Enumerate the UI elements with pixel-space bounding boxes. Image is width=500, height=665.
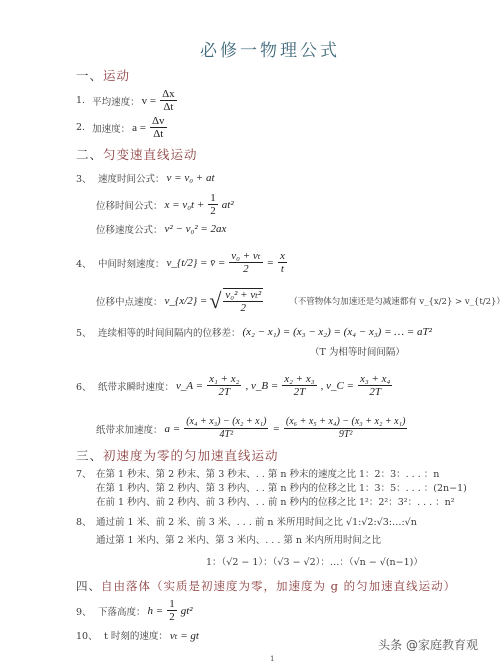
formula-mid-displacement-velocity: 位移中点速度： v_{x/2} = √v₀² + vₜ²2 （不管物体匀加速还是…	[96, 288, 500, 314]
ratios-per-second: 7、在第 1 秒末、第 2 秒末、第 3 秒末、. . 第 n 秒末的速度之比 …	[76, 468, 467, 510]
section-heading-zero-initial-velocity: 三、初速度为零的匀加速直线运动	[76, 446, 279, 464]
ratios-per-meter-result: 1：（√2 − 1）：（√3 − √2）：…：（√n − √(n−1)）	[206, 554, 423, 568]
formula-fall-velocity: 10、t 时刻的速度： vₜ = gt	[76, 628, 199, 642]
formula-average-velocity: 1. 平均速度： v = ΔxΔt	[76, 88, 179, 113]
section-heading-free-fall: 四、自由落体（实质是初速度为零，加速度为 g 的匀加速直线运动）	[76, 578, 456, 594]
formula-tape-acceleration: 纸带求加速度： a = (x₄ + x₃) − (x₂ + x₁)4T² = (…	[96, 416, 409, 441]
section-heading-motion: 一、运动	[76, 66, 130, 84]
watermark: 头条 @家庭教育观	[378, 636, 478, 653]
formula-displacement-difference: 5、连续相等的时间间隔内的位移差： (x₂ − x₁) = (x₃ − x₂) …	[76, 325, 432, 339]
page-number: 1	[270, 655, 274, 663]
formula-velocity-time: 3、速度时间公式： v = v₀ + at	[76, 171, 215, 185]
ratios-per-meter-each: 通过第 1 米内、第 2 米内、第 3 米内、. . . 第 n 米内所用时间之…	[96, 532, 381, 546]
formula-fall-height: 9、下落高度： h = 12 gt²	[76, 598, 193, 623]
formula-displacement-velocity: 位移速度公式： v² − v₀² = 2ax	[96, 222, 226, 236]
note-equal-time-interval: （T 为相等时间间隔）	[310, 344, 405, 358]
page-title: 必修一物理公式	[0, 36, 500, 61]
formula-acceleration: 2. 加速度： a = ΔvΔt	[76, 115, 169, 140]
section-heading-uniform-acceleration: 二、匀变速直线运动	[76, 145, 198, 163]
sqrt-icon: √	[209, 290, 221, 312]
formula-displacement-time: 位移时间公式： x = v₀t + 12 at²	[96, 192, 234, 217]
formula-tape-instant-velocity: 6、纸带求瞬时速度： v_A = x₁ + x₂2T , v_B = x₂ + …	[76, 373, 394, 398]
formula-mid-time-velocity: 4、中间时刻速度： v_{t/2} = v̄ = v₀ + vₜ2 = xt	[76, 250, 289, 275]
ratios-per-meter-cumulative: 8、通过前 1 米、前 2 米、前 3 米、. . . 前 n 米所用时间之比 …	[76, 514, 417, 528]
